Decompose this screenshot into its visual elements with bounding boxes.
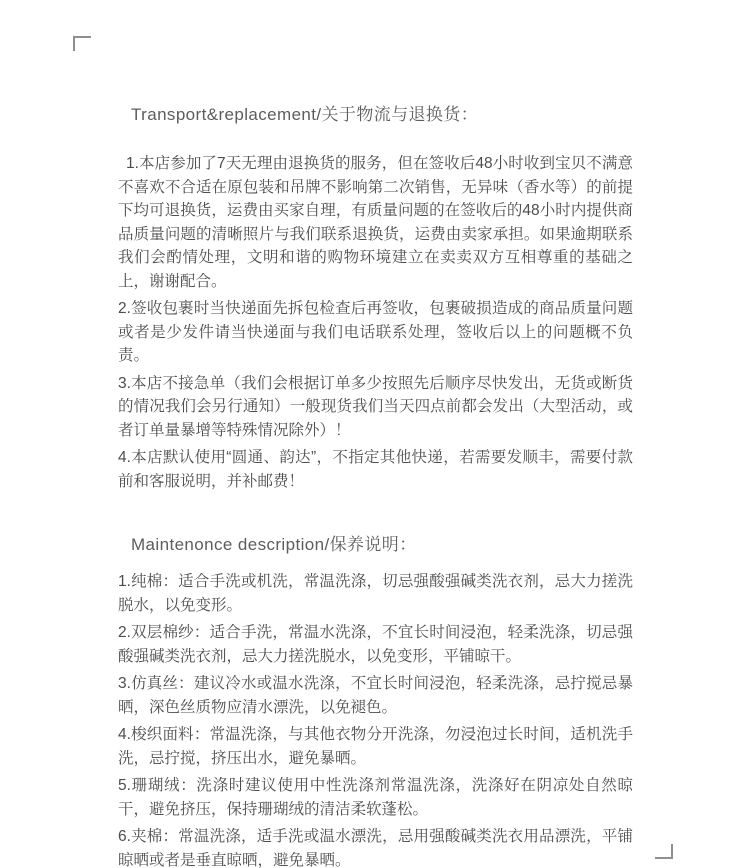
shipping-policy-list: 1.本店参加了7天无理由退换货的服务，但在签收后48小时收到宝贝不满意不喜欢不合… (118, 152, 633, 493)
product-description-page: Transport&replacement/关于物流与退换货： 1.本店参加了7… (0, 0, 750, 868)
shipping-policy-item-4: 4.本店默认使用“圆通、韵达”，不指定其他快递，若需要发顺丰，需要付款前和客服说… (118, 446, 633, 493)
care-instruction-list: 1.纯棉：适合手洗或机洗，常温洗涤，切忌强酸强碱类洗衣剂，忌大力搓洗脱水，以免变… (118, 570, 633, 868)
crop-corner-bottom-right-icon (655, 844, 673, 859)
care-item-cotton: 1.纯棉：适合手洗或机洗，常温洗涤，切忌强酸强碱类洗衣剂，忌大力搓洗脱水，以免变… (118, 570, 633, 617)
care-item-faux-silk: 3.仿真丝：建议冷水或温水洗涤，不宜长时间浸泡，轻柔洗涤，忌拧搅忌暴晒，深色丝质… (118, 672, 633, 719)
shipping-policy-item-1: 1.本店参加了7天无理由退换货的服务，但在签收后48小时收到宝贝不满意不喜欢不合… (118, 152, 633, 293)
care-item-coral-fleece: 5.珊瑚绒：洗涤时建议使用中性洗涤剂常温洗涤，洗涤好在阴凉处自然晾干，避免挤压，… (118, 774, 633, 821)
care-item-padded-cotton: 6.夹棉：常温洗涤，适手洗或温水漂洗，忌用强酸碱类洗衣用品漂洗，平铺晾晒或者是垂… (118, 825, 633, 868)
crop-corner-top-left-icon (73, 36, 91, 51)
shipping-section-title: Transport&replacement/关于物流与退换货： (131, 104, 633, 126)
maintenance-section-title: Maintenonce description/保养说明： (131, 534, 633, 556)
shipping-policy-item-3: 3.本店不接急单（我们会根据订单多少按照先后顺序尽快发出，无货或断货的情况我们会… (118, 372, 633, 443)
care-item-woven-fabric: 4.梭织面料：常温洗涤，与其他衣物分开洗涤，勿浸泡过长时间，适机洗手洗，忌拧搅，… (118, 723, 633, 770)
care-item-double-gauze: 2.双层棉纱：适合手洗，常温水洗涤，不宜长时间浸泡，轻柔洗涤，切忌强酸强碱类洗衣… (118, 621, 633, 668)
shipping-policy-item-2: 2.签收包裹时当快递面先拆包检查后再签收，包裹破损造成的商品质量问题或者是少发件… (118, 297, 633, 368)
description-content: Transport&replacement/关于物流与退换货： 1.本店参加了7… (118, 104, 633, 868)
